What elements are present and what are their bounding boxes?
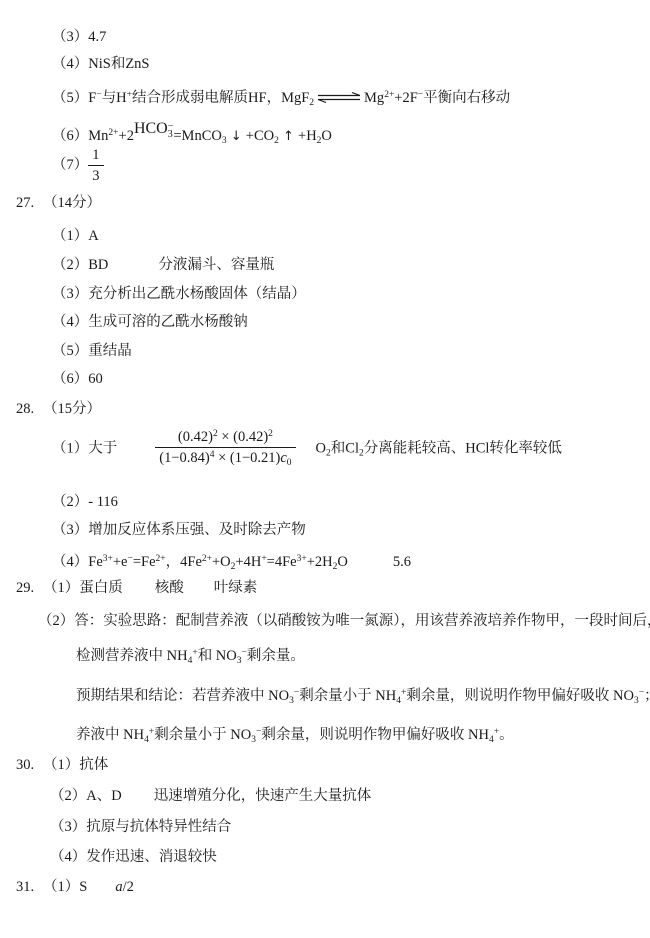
question-number: 31. (16, 877, 43, 897)
answer-line-q30-2: （2）A、D迅速增殖分化，快速产生大量抗体 (50, 786, 371, 806)
text-run: +4H (235, 554, 261, 570)
text-run: 剩余量，则说明作物甲偏好吸收 NH (261, 727, 489, 743)
text-run: /2 (123, 879, 134, 895)
text-run: =Fe (133, 554, 156, 570)
question-number: 30. (16, 755, 43, 775)
text-run: ，4Fe (166, 554, 202, 570)
text-run: （1）抗体 (43, 757, 108, 773)
text-run: +2F (394, 90, 418, 106)
text-run: 剩余量小于 NO (154, 727, 251, 743)
raised-formula: HCO−3 (134, 120, 173, 137)
text-run: （3）充分析出乙酰水杨酸固体（结晶） (52, 286, 306, 302)
text-run: +O (212, 554, 231, 570)
text-run: （5）F (52, 90, 96, 106)
answer-line-q30-4: （4）发作迅速、消退较快 (50, 847, 217, 867)
text-run: 1 (92, 147, 99, 163)
answer-line-q27: 27.（14分） (16, 193, 101, 213)
text-run: 剩余量。 (247, 648, 305, 664)
text-run: 检测营养液中 NH (76, 648, 188, 664)
text-run: 养液中 NH (76, 727, 144, 743)
text-run: （1）A (52, 228, 99, 244)
subscript: 2 (309, 98, 314, 108)
fraction: (0.42)2 × (0.42)2(1−0.84)4 × (1−0.21)c0 (155, 428, 295, 470)
text-run: 分液漏斗、容量瓶 (158, 257, 274, 273)
answer-line-q28-1: （1）大于(0.42)2 × (0.42)2(1−0.84)4 × (1−0.2… (52, 428, 562, 470)
text-run: =4Fe (267, 554, 297, 570)
text-run: （2）BD (52, 257, 108, 273)
answer-line-q29-2-cont2: 预期结果和结论：若营养液中 NO3−剩余量小于 NH4+剩余量，则说明作物甲偏好… (76, 683, 622, 711)
superscript: 2+ (108, 128, 118, 138)
superscript: 2+ (202, 554, 212, 564)
answer-line-q29-2-cont3: 养液中 NH4+剩余量小于 NO3−剩余量，则说明作物甲偏好吸收 NH4+。 (76, 722, 514, 750)
text-run: HCO (134, 120, 168, 137)
answer-line-q27-4: （4）生成可溶的乙酰水杨酸钠 (52, 312, 248, 332)
stack-subscript: 3 (168, 131, 174, 139)
text-run: （3）抗原与抗体特异性结合 (50, 819, 231, 835)
answer-line-q26-7: （7）13 (52, 146, 104, 185)
gas-up-arrow-icon: ↑ (279, 129, 298, 144)
answer-line-q27-3: （3）充分析出乙酰水杨酸固体（结晶） (52, 284, 306, 304)
text-run: （2）- 116 (52, 494, 118, 510)
text-run: (1−0.84) (159, 450, 209, 466)
text-run: 结合形成弱电解质HF，MgF (132, 90, 309, 106)
text-run: （1）S (43, 879, 87, 895)
text-run: 剩余量，则说明作物甲偏好吸收 NO (406, 688, 634, 704)
text-run: +CO (246, 128, 274, 144)
answer-line-q28-2: （2）- 116 (52, 492, 118, 512)
fraction-numerator: (0.42)2 × (0.42)2 (155, 428, 295, 448)
text-run: 和 NO (198, 648, 237, 664)
fraction-denominator: (1−0.84)4 × (1−0.21)c0 (155, 448, 295, 470)
answer-line-q30-3: （3）抗原与抗体特异性结合 (50, 817, 231, 837)
text-run: 与H (102, 90, 127, 106)
answer-line-q26-3: （3）4.7 (52, 27, 106, 47)
answer-line-q31: 31.（1）Sa/2 (16, 877, 134, 897)
text-run: +H (298, 128, 317, 144)
text-run: 和Cl (331, 440, 359, 456)
answer-line-q27-2: （2）BD分液漏斗、容量瓶 (52, 255, 274, 275)
text-run: （3）增加反应体系压强、及时除去产物 (52, 522, 306, 538)
text-run: （4）Fe (52, 554, 103, 570)
text-run: =MnCO (173, 128, 221, 144)
fraction-denominator: 3 (88, 166, 103, 185)
answer-line-q28-3: （3）增加反应体系压强、及时除去产物 (52, 520, 306, 540)
text-run: （4）发作迅速、消退较快 (50, 849, 217, 865)
text-run: （15分） (43, 401, 101, 417)
superscript: 3+ (103, 554, 113, 564)
italic-variable: a (115, 879, 122, 895)
text-run: × (1−0.21) (214, 450, 280, 466)
text-run: （3）4.7 (52, 29, 106, 45)
superscript: 2+ (384, 90, 394, 100)
text-run: O (321, 128, 331, 144)
text-run: （5）重结晶 (52, 343, 132, 359)
text-run: 平衡向右移动 (423, 90, 510, 106)
text-run: (0.42) (178, 429, 213, 445)
answer-line-q28-4: （4）Fe3++e−=Fe2+，4Fe2++O2+4H+=4Fe3++2H2O5… (52, 549, 411, 577)
answer-line-q29-2-cont1: 检测营养液中 NH4+和 NO3−剩余量。 (76, 643, 305, 671)
text-run: ；若营 (644, 688, 650, 704)
text-run: 叶绿素 (214, 580, 258, 596)
question-number: 28. (16, 399, 43, 419)
text-run: +2H (307, 554, 333, 570)
superscript: 3+ (297, 554, 307, 564)
text-run: Mg (364, 90, 384, 106)
text-run: （4）NiS和ZnS (52, 56, 150, 72)
subscript: 0 (287, 458, 292, 468)
answer-line-q30: 30.（1）抗体 (16, 755, 108, 775)
answer-line-q29: 29.（1）蛋白质核酸叶绿素 (16, 578, 257, 598)
answer-line-q27-1: （1）A (52, 226, 99, 246)
text-run: （1）蛋白质 (43, 580, 123, 596)
text-run: 迅速增殖分化，快速产生大量抗体 (154, 788, 372, 804)
text-run: （7） (52, 157, 88, 173)
text-run: （1）大于 (52, 440, 117, 456)
fraction: 13 (88, 146, 103, 185)
text-run: 分离能耗较高、HCl转化率较低 (364, 440, 562, 456)
text-run: × (0.42) (218, 429, 268, 445)
answer-line-q28: 28.（15分） (16, 399, 101, 419)
document-page: （3）4.7（4）NiS和ZnS（5）F−与H+结合形成弱电解质HF，MgF2M… (0, 0, 650, 938)
text-run: （14分） (43, 195, 101, 211)
text-run: +2 (119, 128, 134, 144)
text-run: 5.6 (393, 554, 411, 570)
answer-line-q27-5: （5）重结晶 (52, 341, 132, 361)
text-run: 3 (92, 168, 99, 184)
question-number: 29. (16, 578, 43, 598)
sub-sup-stack: −3 (168, 123, 174, 139)
text-run: 核酸 (155, 580, 184, 596)
equilibrium-arrow-icon (316, 88, 362, 108)
question-number: 27. (16, 193, 43, 213)
superscript: 2 (268, 429, 273, 439)
text-run: 剩余量小于 NH (299, 688, 396, 704)
text-run: +e (113, 554, 128, 570)
text-run: O (316, 440, 326, 456)
answer-line-q29-2: （2）答：实验思路：配制营养液（以硝酸铵为唯一氮源），用该营养液培养作物甲，一段… (38, 611, 622, 631)
superscript: 2+ (156, 554, 166, 564)
text-run: （2）答：实验思路：配制营养液（以硝酸铵为唯一氮源），用该营养液培养作物甲，一段… (38, 613, 650, 629)
answer-line-q26-4: （4）NiS和ZnS (52, 54, 150, 74)
text-run: （6）60 (52, 371, 103, 387)
text-run: （6）Mn (52, 128, 108, 144)
fraction-numerator: 1 (88, 146, 103, 166)
answer-line-q26-5: （5）F−与H+结合形成弱电解质HF，MgF2Mg2++2F−平衡向右移动 (52, 85, 510, 113)
text-run: （2）A、D (50, 788, 122, 804)
answer-line-q27-6: （6）60 (52, 369, 103, 389)
text-run: 预期结果和结论：若营养液中 NO (76, 688, 289, 704)
precipitate-down-arrow-icon: ↓ (227, 129, 246, 144)
text-run: 。 (499, 727, 514, 743)
text-run: （4）生成可溶的乙酰水杨酸钠 (52, 314, 248, 330)
text-run: O (337, 554, 347, 570)
